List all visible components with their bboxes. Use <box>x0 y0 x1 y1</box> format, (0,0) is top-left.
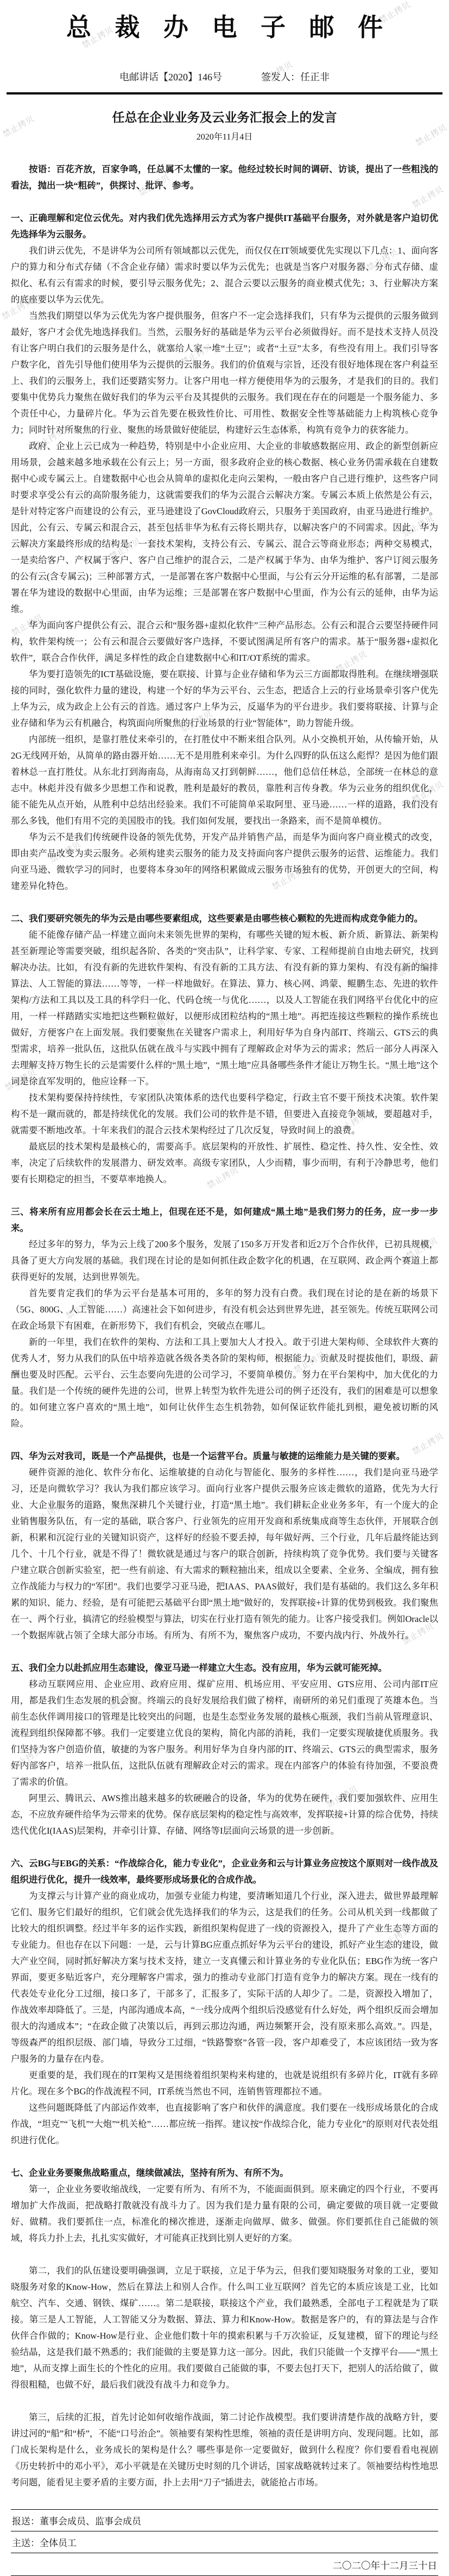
paragraph: 华为要打造领先的ICT基础设施，要在联接、计算与企业存储和华为云三方面都取得胜利… <box>11 666 438 731</box>
paragraph: 第一，企业业务要收缩战线，一定要有所为、有所不为，不能面面俱到。原来确定的四个行… <box>11 2181 438 2246</box>
paragraph: 移动互联网应用、企业应用、政府应用、煤矿应用、机场应用、平安应用、GTS应用、公… <box>11 1676 438 1790</box>
doc-number: 电邮讲话【2020】146号 <box>119 70 222 84</box>
paragraph: 我们讲云优先，不是讲华为公司所有领域都以云优先，而仅仅在IT领域要优先实现以下几… <box>11 243 438 308</box>
paragraph: 内部统一组织，是靠打胜仗来牵引的，在打胜仗中不断来组合队列。从小交换机开始，从传… <box>11 731 438 829</box>
paragraph: 阿里云、腾讯云、AWS推出越来越多的软硬融合的设备，华为的优势在硬件，我们要加强… <box>11 1790 438 1839</box>
paragraph: 硬件资源的池化、软件分布化、运维敏捷的自动化与智能化、服务的多样性……，我们是向… <box>11 1464 438 1644</box>
paragraph: 新的一年里，我们在软件的架构、方法和工具上要加大人才投入。敢于引进大架构师、全球… <box>11 1334 438 1432</box>
section-heading: 五、我们全力以赴抓应用生态建设，像亚马逊一样建立大生态。没有应用，华为云就可能死… <box>11 1660 438 1676</box>
paragraph: 为支撑云与计算产业的商业成功，加强专业能力构建，要清晰知道几个行业，深入进去，做… <box>11 1888 438 2067</box>
paragraph: 能不能像存储产品一样建立面向未来领先世界的架构，有哪些关键的短木板、新介质、新算… <box>11 927 438 1090</box>
section-heading: 二、我们要研究领先的华为云是由哪些要素组成，这些要素是由哪些核心颗粒的先进而构成… <box>11 911 438 927</box>
paragraph: 华为面向客户提供公有云、混合云和“服务器+虚拟化软件”三种产品形态。公有云和混合… <box>11 617 438 666</box>
section: 二、我们要研究领先的华为云是由哪些要素组成，这些要素是由哪些核心颗粒的先进而构成… <box>11 911 438 1188</box>
section-heading: 四、华为云对我司，既是一个产品提供，也是一个运营平台。质量与敏捷的运维能力是关键… <box>11 1448 438 1464</box>
sections: 一、正确理解和定位云优先。对内我们优先选择用云方式为客户提供IT基础平台服务，对… <box>11 210 438 2491</box>
section: 三、将来所有应用都会长在云土地上，但现在还不是，如何建成“黑土地”是我们努力的任… <box>11 1204 438 1432</box>
paragraph: 政府、企业上云已成为一种趋势，特别是中小企业应用、大企业的非敏感数据应用、政企的… <box>11 438 438 617</box>
section-heading: 七、企业业务要聚焦战略重点，继续做减法，坚持有所为、有所不为。 <box>11 2165 438 2181</box>
section: 四、华为云对我司，既是一个产品提供，也是一个运营平台。质量与敏捷的运维能力是关键… <box>11 1448 438 1644</box>
paragraph: 经过多年的努力，华为云上线了200多个服务，发展了150多万开发者和近2万个合作… <box>11 1236 438 1285</box>
paragraph: 第二，我们的队伍建设要明确强调，立足于联接，立足于华为云，但我们要知晓服务对象的… <box>11 2263 438 2393</box>
masthead-title: 总 裁 办 电 子 邮 件 <box>0 0 449 43</box>
page-title: 任总在企业业务及云业务汇报会上的发言 <box>0 108 449 125</box>
meta-row: 电邮讲话【2020】146号 签发人：任正非 <box>0 70 449 84</box>
paragraph: 最底层的技术架构是最核心的，需要高手。底层架构的开放性、扩展性、稳定性、持久性、… <box>11 1139 438 1188</box>
paragraph: 首先要肯定我们的华为云平台是基本可用的，多年的努力没有白费。我们现在讨论的是在新… <box>11 1285 438 1334</box>
section: 五、我们全力以赴抓应用生态建设，像亚马逊一样建立大生态。没有应用，华为云就可能死… <box>11 1660 438 1839</box>
footer-report-to: 报送：董事会成员、监事会成员 <box>11 2509 438 2531</box>
section-heading: 六、云BG与EBG的关系：“作战综合化，能力专业化”，企业业务和云与计算业务应按… <box>11 1855 438 1888</box>
document-page: 禁止拷贝禁止拷贝禁止拷贝禁止拷贝禁止拷贝禁止拷贝禁止拷贝禁止拷贝禁止拷贝禁止拷贝… <box>0 0 449 2576</box>
paragraph: 更重要的是，我们现在的IT架构又是围绕着组织架构来构建的，也就是说组织有多碎片化… <box>11 2067 438 2100</box>
document-body: 按语：百花齐放，百家争鸣，任总属不太懂的一家。他经过较长时间的调研、访谈，提出了… <box>0 142 449 2491</box>
paragraph: 当然我们期望以华为云优先为客户提供服务，但客户不一定会选择我们，只有华为云提供的… <box>11 308 438 438</box>
section-heading: 一、正确理解和定位云优先。对内我们优先选择用云方式为客户提供IT基础平台服务，对… <box>11 210 438 243</box>
paragraph: 第三，后续的汇报，首先讨论如何收缩作战面，第二讨论作战模型。我们要讲清楚作战的战… <box>11 2409 438 2491</box>
speech-date: 2020年11月4日 <box>0 130 449 142</box>
paragraph: 华为云不是我们传统硬件设备的领先优势，开发产品并销售产品，而是华为面向客户商业模… <box>11 829 438 894</box>
document-content: 总 裁 办 电 子 邮 件 电邮讲话【2020】146号 签发人：任正非 任总在… <box>0 0 449 2576</box>
section: 六、云BG与EBG的关系：“作战综合化，能力专业化”，企业业务和云与计算业务应按… <box>11 1855 438 2149</box>
section: 一、正确理解和定位云优先。对内我们优先选择用云方式为客户提供IT基础平台服务，对… <box>11 210 438 894</box>
footer-send-to: 主送：全体员工 <box>11 2531 438 2553</box>
paragraph: 技术架构要保持持续性，专家团队决策体系的迭代也要科学稳定，行政主官不要干预技术决… <box>11 1090 438 1139</box>
footer-date: 二〇二〇年十二月三十日 <box>11 2553 438 2576</box>
signer: 签发人：任正非 <box>261 70 330 84</box>
section: 七、企业业务要聚焦战略重点，继续做减法，坚持有所为、有所不为。 第一，企业业务要… <box>11 2165 438 2491</box>
section-heading: 三、将来所有应用都会长在云土地上，但现在还不是，如何建成“黑土地”是我们努力的任… <box>11 1204 438 1236</box>
divider-rule <box>7 92 442 94</box>
foreword: 按语：百花齐放，百家争鸣，任总属不太懂的一家。他经过较长时间的调研、访谈，提出了… <box>11 161 438 194</box>
document-footer: 报送：董事会成员、监事会成员 主送：全体员工 二〇二〇年十二月三十日 <box>11 2509 438 2576</box>
paragraph: 这些问题既降低了内部运作效率，也直接影响了客户和伙伴的满意度。我们要在一线形成场… <box>11 2100 438 2149</box>
